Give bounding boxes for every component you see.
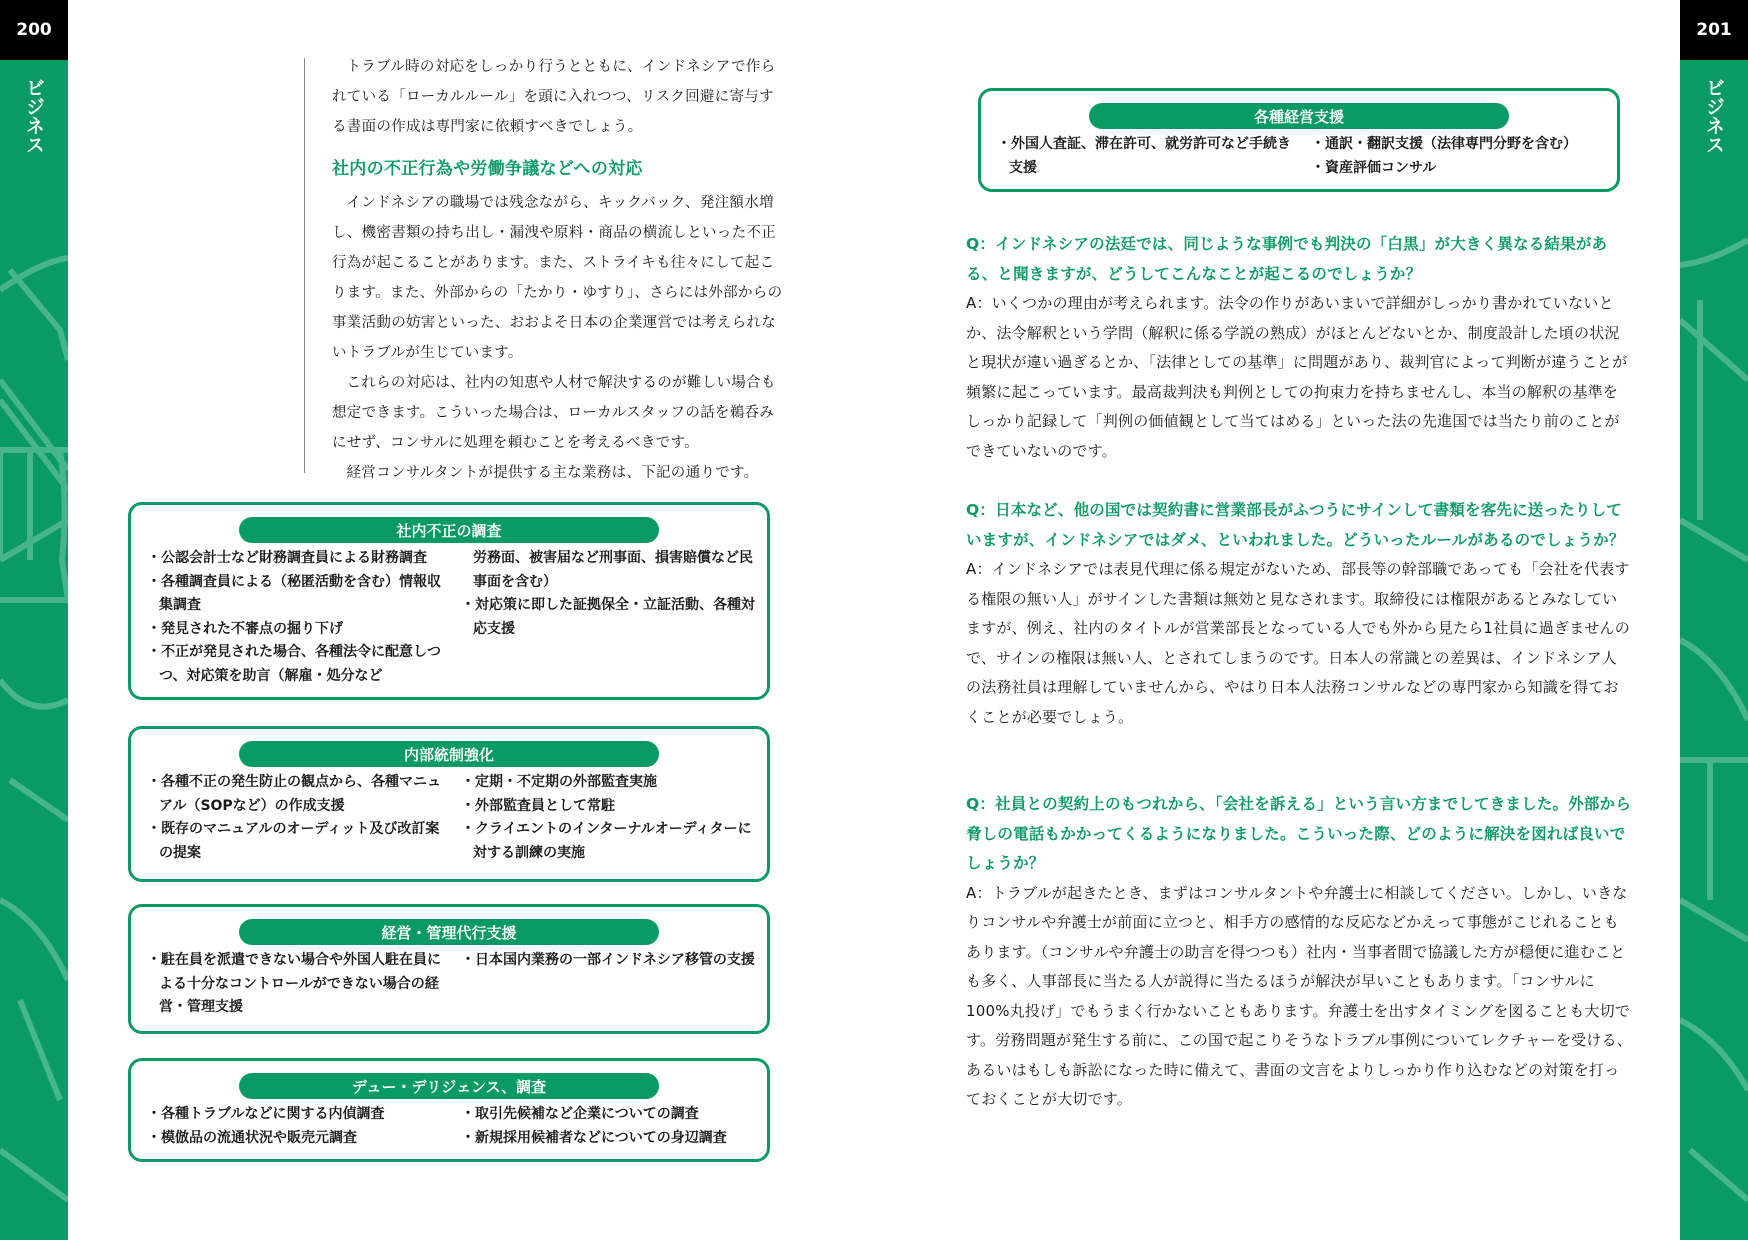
- box-title: デュー・デリジェンス、調査: [239, 1073, 659, 1099]
- box-right-column: ・日本国内業務の一部インドネシア移管の支援: [461, 949, 757, 973]
- qa-block-3: Q：社員との契約上のもつれから、「会社を訴える」という言い方までしてきました。外…: [966, 790, 1632, 1115]
- list-item: ・既存のマニュアルのオーディット及び改訂案の提案: [147, 818, 447, 865]
- service-box-fraud-investigation: 社内不正の調査 ・公認会計士など財務調査員による財務調査 ・各種調査員による（秘…: [128, 502, 770, 700]
- question: Q：社員との契約上のもつれから、「会社を訴える」という言い方までしてきました。外…: [966, 790, 1632, 879]
- section-label: ビジネス: [0, 78, 68, 154]
- box-right-column: ・通訳・翻訳支援（法律専門分野を含む） ・資産評価コンサル: [1311, 133, 1611, 180]
- question: Q：インドネシアの法廷では、同じような事例でも判決の「白黒」が大きく異なる結果が…: [966, 230, 1632, 289]
- list-item: ・不正が発見された場合、各種法令に配意しつつ、対応策を助言（解雇・処分など: [147, 641, 447, 688]
- body-paragraph: インドネシアの職場では残念ながら、キックバック、発注額水増し、機密書類の持ち出し…: [332, 188, 784, 368]
- list-item: ・クライエントのインターナルオーディターに対する訓練の実施: [461, 818, 757, 865]
- box-title: 内部統制強化: [239, 741, 659, 767]
- vertical-rule: [304, 58, 305, 473]
- service-box-general-support: 各種経営支援 ・外国人査証、滞在許可、就労許可など手続き支援 ・通訳・翻訳支援（…: [978, 88, 1620, 192]
- box-right-column: 労務面、被害届など刑事面、損害賠償など民事面を含む） ・対応策に即した証拠保全・…: [461, 547, 757, 641]
- list-item: ・模倣品の流通状況や販売元調査: [147, 1127, 447, 1151]
- section-heading: 社内の不正行為や労働争議などへの対応: [332, 154, 784, 184]
- box-right-column: ・取引先候補など企業についての調査 ・新規採用候補者などについての身辺調査: [461, 1103, 761, 1150]
- list-item: ・新規採用候補者などについての身辺調査: [461, 1127, 761, 1151]
- map-pattern-decoration: [1680, 0, 1748, 1240]
- list-item-continuation: 労務面、被害届など刑事面、損害賠償など民事面を含む）: [461, 547, 757, 594]
- service-box-due-diligence: デュー・デリジェンス、調査 ・各種トラブルなどに関する内偵調査 ・模倣品の流通状…: [128, 1058, 770, 1162]
- box-right-column: ・定期・不定期の外部監査実施 ・外部監査員として常駐 ・クライエントのインターナ…: [461, 771, 757, 865]
- intro-paragraph: トラブル時の対応をしっかり行うとともに、インドネシアで作られている「ローカルルー…: [332, 52, 784, 142]
- list-item: ・日本国内業務の一部インドネシア移管の支援: [461, 949, 757, 973]
- answer: A：インドネシアでは表見代理に係る規定がないため、部長等の幹部職であっても「会社…: [966, 555, 1632, 732]
- list-item: ・各種不正の発生防止の観点から、各種マニュアル（SOPなど）の作成支援: [147, 771, 447, 818]
- list-item: ・駐在員を派遣できない場合や外国人駐在員による十分なコントロールができない場合の…: [147, 949, 447, 1020]
- list-item: ・資産評価コンサル: [1311, 157, 1611, 181]
- box-left-column: ・各種トラブルなどに関する内偵調査 ・模倣品の流通状況や販売元調査: [147, 1103, 447, 1150]
- box-title: 各種経営支援: [1089, 103, 1509, 129]
- list-item: ・外国人査証、滞在許可、就労許可など手続き支援: [997, 133, 1297, 180]
- section-label: ビジネス: [1680, 78, 1748, 154]
- list-item: ・公認会計士など財務調査員による財務調査: [147, 547, 447, 571]
- box-left-column: ・公認会計士など財務調査員による財務調査 ・各種調査員による（秘匿活動を含む）情…: [147, 547, 447, 688]
- list-item: ・取引先候補など企業についての調査: [461, 1103, 761, 1127]
- answer: A：いくつかの理由が考えられます。法令の作りがあいまいで詳細がしっかり書かれてい…: [966, 289, 1632, 466]
- question: Q：日本など、他の国では契約書に営業部長がふつうにサインして書類を客先に送ったり…: [966, 496, 1632, 555]
- qa-block-1: Q：インドネシアの法廷では、同じような事例でも判決の「白黒」が大きく異なる結果が…: [966, 230, 1632, 466]
- list-item: ・対応策に即した証拠保全・立証活動、各種対応支援: [461, 594, 757, 641]
- page-number: 200: [0, 0, 68, 60]
- box-left-column: ・各種不正の発生防止の観点から、各種マニュアル（SOPなど）の作成支援 ・既存の…: [147, 771, 447, 865]
- left-main-text: トラブル時の対応をしっかり行うとともに、インドネシアで作られている「ローカルルー…: [332, 52, 784, 488]
- box-title: 経営・管理代行支援: [239, 919, 659, 945]
- box-title: 社内不正の調査: [239, 517, 659, 543]
- box-left-column: ・外国人査証、滞在許可、就労許可など手続き支援: [997, 133, 1297, 180]
- page-number: 201: [1680, 0, 1748, 60]
- map-pattern-decoration: [0, 0, 68, 1240]
- qa-block-2: Q：日本など、他の国では契約書に営業部長がふつうにサインして書類を客先に送ったり…: [966, 496, 1632, 732]
- list-item: ・通訳・翻訳支援（法律専門分野を含む）: [1311, 133, 1611, 157]
- answer: A：トラブルが起きたとき、まずはコンサルタントや弁護士に相談してください。しかし…: [966, 879, 1632, 1115]
- body-paragraph: 経営コンサルタントが提供する主な業務は、下記の通りです。: [332, 458, 784, 488]
- list-item: ・定期・不定期の外部監査実施: [461, 771, 757, 795]
- body-paragraph: これらの対応は、社内の知恵や人材で解決するのが難しい場合も想定できます。こういっ…: [332, 368, 784, 458]
- service-box-management-support: 経営・管理代行支援 ・駐在員を派遣できない場合や外国人駐在員による十分なコントロ…: [128, 904, 770, 1034]
- service-box-internal-control: 内部統制強化 ・各種不正の発生防止の観点から、各種マニュアル（SOPなど）の作成…: [128, 726, 770, 882]
- list-item: ・発見された不審点の掘り下げ: [147, 618, 447, 642]
- box-left-column: ・駐在員を派遣できない場合や外国人駐在員による十分なコントロールができない場合の…: [147, 949, 447, 1020]
- left-side-tab: 200 ビジネス: [0, 0, 68, 1240]
- right-side-tab: 201 ビジネス: [1680, 0, 1748, 1240]
- list-item: ・外部監査員として常駐: [461, 795, 757, 819]
- list-item: ・各種調査員による（秘匿活動を含む）情報収集調査: [147, 571, 447, 618]
- list-item: ・各種トラブルなどに関する内偵調査: [147, 1103, 447, 1127]
